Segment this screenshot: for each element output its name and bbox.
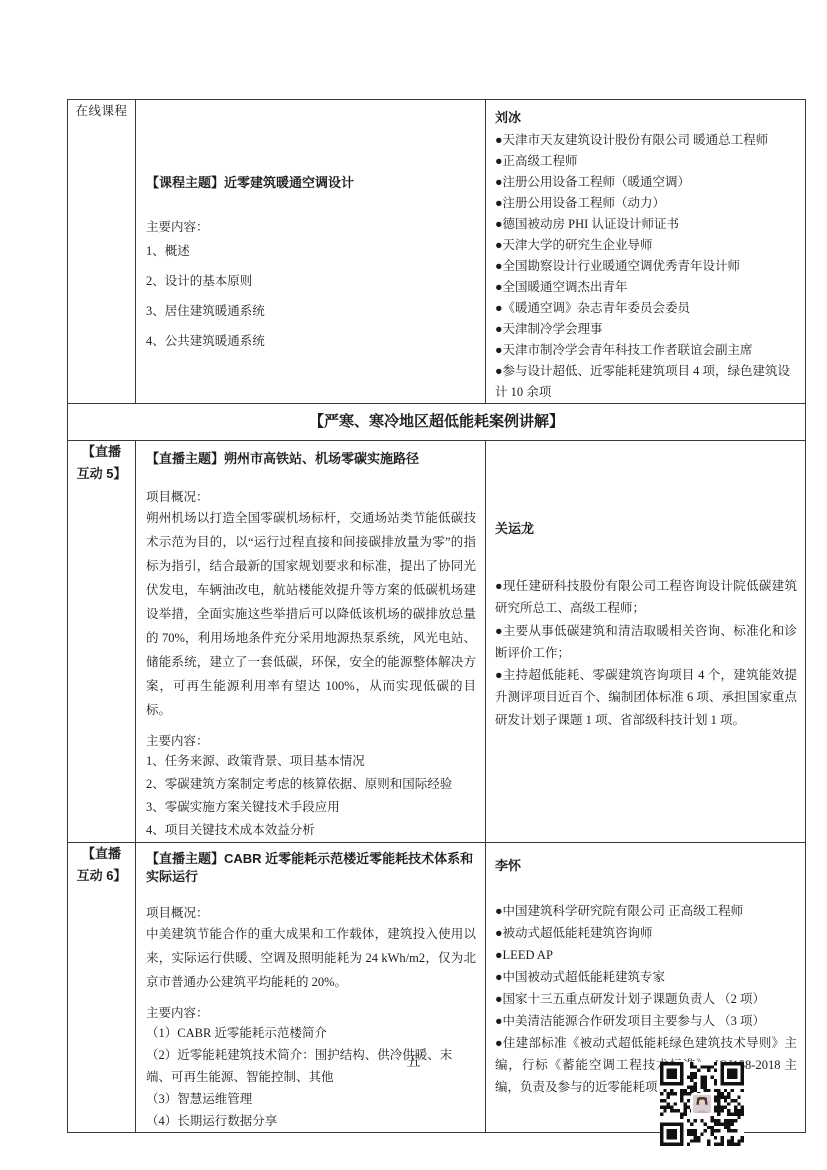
credential-item: ●全国暖通空调杰出青年 (495, 277, 797, 298)
credential-item: ●天津制冷学会理事 (495, 319, 797, 340)
overview-text: 中美建筑节能合作的重大成果和工作载体，建筑投入使用以来，实际运行供暖、空调及照明… (146, 922, 476, 994)
content-item: 4、项目关键技术成本效益分析 (146, 819, 476, 842)
credential-item: ●中国建筑科学研究院有限公司 正高级工程师 (495, 900, 797, 922)
row-label: 在线课程 (70, 100, 133, 122)
content-item: 3、居住建筑暖通系统 (146, 296, 476, 326)
credential-item: ●LEED AP (495, 944, 797, 966)
course-topic-title: 【课程主题】近零建筑暖通空调设计 (146, 174, 476, 192)
row-label-cell: 在线课程 (68, 100, 136, 404)
wechat-qr-code (660, 1062, 744, 1146)
credential-item: ●参与设计超低、近零能耗建筑项目 4 项，绿色建筑设计 10 余项 (495, 361, 797, 403)
speaker-credential-list: ●现任建研科技股份有限公司工程咨询设计院低碳建筑研究所总工、高级工程师； ●主要… (495, 575, 797, 731)
section-header-title: 【严寒、寒冷地区超低能耗案例讲解】 (68, 404, 806, 441)
row-label-cell: 【直播 互动 6】 (68, 843, 136, 1133)
credential-item: ●注册公用设备工程师（动力） (495, 193, 797, 214)
credential-item: ●中美清洁能源合作研发项目主要参与人 （3 项） (495, 1010, 797, 1032)
credential-item: ●国家十三五重点研发计划子课题负责人 （2 项） (495, 988, 797, 1010)
credential-item: ●《暖通空调》杂志青年委员会委员 (495, 298, 797, 319)
content-item: （1）CABR 近零能耗示范楼简介 (146, 1022, 476, 1044)
course-topic-cell: 【课程主题】近零建筑暖通空调设计 主要内容： 1、概述 2、设计的基本原则 3、… (136, 100, 486, 404)
credential-item: ●德国被动房 PHI 认证设计师证书 (495, 214, 797, 235)
speaker-credential-list: ●天津市天友建筑设计股份有限公司 暖通总工程师 ●正高级工程师 ●注册公用设备工… (495, 130, 797, 403)
credential-item: ●中国被动式超低能耗建筑专家 (495, 966, 797, 988)
credential-item: ●主要从事低碳建筑和清洁取暖相关咨询、标准化和诊断评价工作； (495, 620, 797, 665)
speaker-cell: 李怀 ●中国建筑科学研究院有限公司 正高级工程师 ●被动式超低能耗建筑咨询师 ●… (486, 843, 806, 1133)
avatar-icon (693, 1095, 711, 1113)
credential-item: ●全国勘察设计行业暖通空调优秀青年设计师 (495, 256, 797, 277)
credential-item: ●主持超低能耗、零碳建筑咨询项目 4 个，建筑能效提升测评项目近百个、编制团体标… (495, 664, 797, 731)
credential-item: ●天津大学的研究生企业导师 (495, 235, 797, 256)
course-schedule-table: 在线课程 【课程主题】近零建筑暖通空调设计 主要内容： 1、概述 2、设计的基本… (67, 99, 806, 1133)
overview-text: 朔州机场以打造全国零碳机场标杆，交通场站类节能低碳技术示范为目的，以“运行过程直… (146, 506, 476, 722)
content-item: 4、公共建筑暖通系统 (146, 326, 476, 356)
speaker-name: 关运龙 (495, 519, 797, 539)
credential-item: ●正高级工程师 (495, 151, 797, 172)
content-item: 2、设计的基本原则 (146, 266, 476, 296)
speaker-cell: 关运龙 ●现任建研科技股份有限公司工程咨询设计院低碳建筑研究所总工、高级工程师；… (486, 441, 806, 843)
speaker-name: 刘冰 (495, 108, 797, 128)
content-item: 1、任务来源、政策背景、项目基本情况 (146, 750, 476, 773)
credential-item: ●被动式超低能耗建筑咨询师 (495, 922, 797, 944)
content-item: （3）智慧运维管理 (146, 1088, 476, 1110)
speaker-cell: 刘冰 ●天津市天友建筑设计股份有限公司 暖通总工程师 ●正高级工程师 ●注册公用… (486, 100, 806, 404)
live-topic-title: 【直播主题】CABR 近零能耗示范楼近零能耗技术体系和实际运行 (146, 843, 476, 886)
overview-heading: 项目概况： (146, 904, 476, 922)
live-topic-cell: 【直播主题】CABR 近零能耗示范楼近零能耗技术体系和实际运行 项目概况： 中美… (136, 843, 486, 1133)
content-item: （4）长期运行数据分享 (146, 1110, 476, 1132)
table-row-section-header: 【严寒、寒冷地区超低能耗案例讲解】 (68, 404, 806, 441)
document-page: 在线课程 【课程主题】近零建筑暖通空调设计 主要内容： 1、概述 2、设计的基本… (0, 0, 827, 1170)
content-item: 1、概述 (146, 236, 476, 266)
speaker-name: 李怀 (495, 856, 797, 876)
content-item-list: （1）CABR 近零能耗示范楼简介 （2）近零能耗建筑技术简介：围护结构、供冷供… (146, 1022, 476, 1132)
row-label: 【直播 互动 6】 (70, 843, 133, 887)
content-heading: 主要内容： (146, 1004, 476, 1022)
live-topic-cell: 【直播主题】朔州市高铁站、机场零碳实施路径 项目概况： 朔州机场以打造全国零碳机… (136, 441, 486, 843)
content-item-list: 1、任务来源、政策背景、项目基本情况 2、零碳建筑方案制定考虑的核算依据、原则和… (146, 750, 476, 842)
qr-center-avatar (691, 1093, 713, 1115)
content-heading: 主要内容： (146, 218, 476, 236)
credential-item: ●注册公用设备工程师（暖通空调） (495, 172, 797, 193)
table-row-live-5: 【直播 互动 5】 【直播主题】朔州市高铁站、机场零碳实施路径 项目概况： 朔州… (68, 441, 806, 843)
overview-heading: 项目概况： (146, 488, 476, 506)
credential-item: ●天津市制冷学会青年科技工作者联谊会副主席 (495, 340, 797, 361)
row-label: 【直播 互动 5】 (70, 441, 133, 485)
credential-item: ●天津市天友建筑设计股份有限公司 暖通总工程师 (495, 130, 797, 151)
content-item: 3、零碳实施方案关键技术手段应用 (146, 796, 476, 819)
credential-item: ●现任建研科技股份有限公司工程咨询设计院低碳建筑研究所总工、高级工程师； (495, 575, 797, 620)
row-label-cell: 【直播 互动 5】 (68, 441, 136, 843)
live-topic-title: 【直播主题】朔州市高铁站、机场零碳实施路径 (146, 441, 476, 468)
content-item-list: 1、概述 2、设计的基本原则 3、居住建筑暖通系统 4、公共建筑暖通系统 (146, 236, 476, 356)
content-heading: 主要内容： (146, 732, 476, 750)
content-item: 2、零碳建筑方案制定考虑的核算依据、原则和国际经验 (146, 773, 476, 796)
table-row-online-course: 在线课程 【课程主题】近零建筑暖通空调设计 主要内容： 1、概述 2、设计的基本… (68, 100, 806, 404)
